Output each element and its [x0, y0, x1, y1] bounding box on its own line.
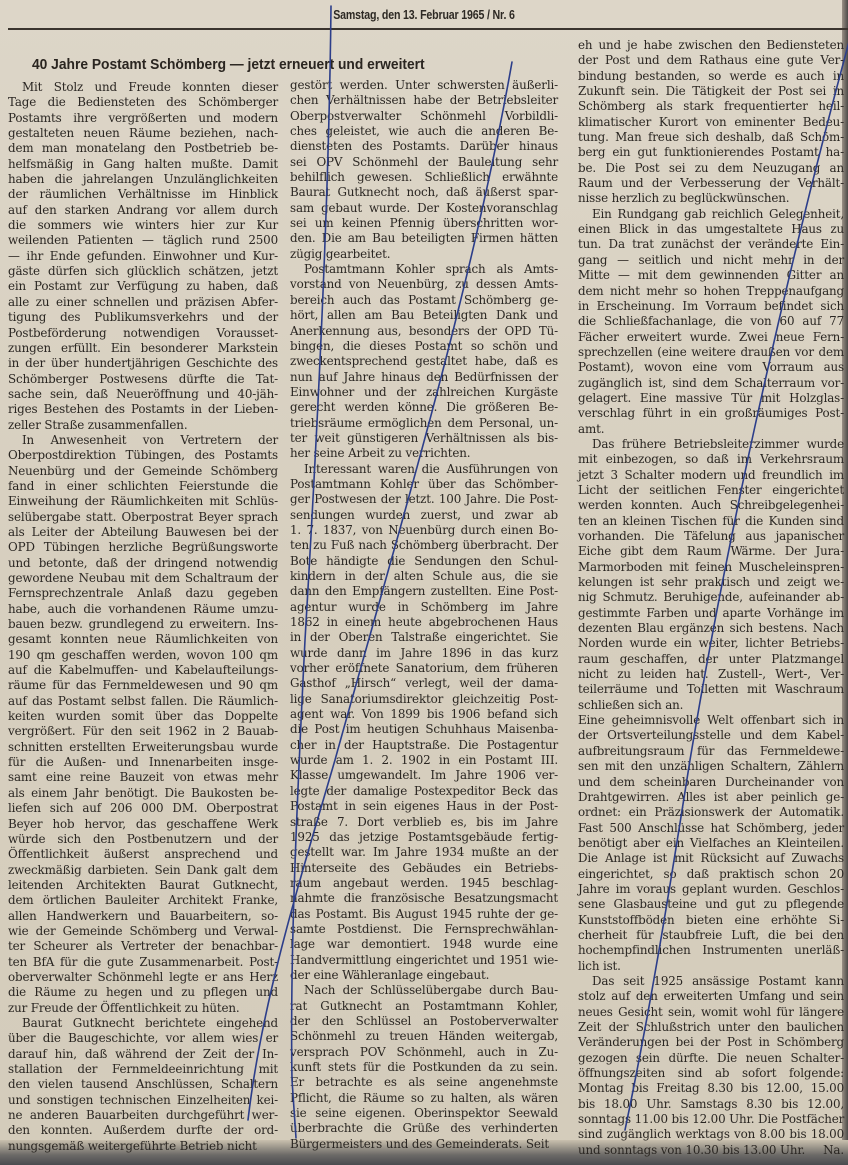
text-line: dem man monatelang den Postbetrieb be-	[8, 141, 278, 156]
text-line: auf den starken Andrang vor allem durch	[8, 203, 278, 218]
text-line: sache sein, daß Neueröffnung und 40-jäh-	[8, 387, 278, 402]
paragraph: Baurat Gutknecht berichtete eingehendübe…	[8, 1016, 278, 1154]
text-line: ne anderen Bauarbeiten durchgeführt wer-	[8, 1108, 278, 1123]
text-line: zeller Straße zusammenfallen.	[8, 418, 278, 433]
text-line: Neuenbürg und der Gemeinde Schömberg	[8, 464, 278, 479]
text-line: den. Die am Bau beteiligten Firmen hätte…	[290, 231, 558, 246]
text-line: neues Gesicht sein, womit wohl für länge…	[578, 1005, 844, 1020]
text-line: Interessant waren die Ausführungen von	[290, 462, 558, 477]
text-line: räume für das Fernmeldewesen und 90 qm	[8, 678, 278, 693]
text-line: in Erscheinung. Im Vorraum befindet sich	[578, 299, 844, 314]
text-line: dem örtlichen Bauleiter Architekt Franke…	[8, 893, 278, 908]
text-line: 1862 in einem heute abgebrochenen Haus	[290, 615, 558, 630]
text-line: hört, allen am Bau Beteiligten Dank und	[290, 308, 558, 323]
text-line: Hinterseite des Gebäudes ein Betriebs-	[290, 861, 558, 876]
text-line: zweckentsprechend gestaltet habe, daß es	[290, 354, 558, 369]
text-line: 1925 das jetzige Postamtsgebäude fertig-	[290, 830, 558, 845]
text-line: amt.	[578, 422, 844, 437]
dateline: Samstag, den 13. Februar 1965 / Nr. 6	[64, 8, 785, 22]
text-line: habe, auch die vorhandenen Räume umzu-	[8, 602, 278, 617]
text-line: be. Die Post sei zu dem Neuzugang an	[578, 161, 844, 176]
text-line: Jahre im voraus geplant wurden. Geschlos…	[578, 882, 844, 897]
text-line: allen Handwerkern und Bauarbeitern, so-	[8, 909, 278, 924]
text-line: leitenden Architekten Baurat Gutknecht,	[8, 878, 278, 893]
text-line: aufbreitungsraum für das Fernmeldewe-	[578, 744, 844, 759]
text-line: Norden wurde ein weiter, lichter Betrieb…	[578, 636, 844, 651]
text-line: cher in der Hauptstraße. Die Postagentur	[290, 738, 558, 753]
paragraph: gestört werden. Unter schwersten äußerli…	[290, 78, 558, 262]
text-line: Baurat Gutknecht berichtete eingehend	[8, 1016, 278, 1031]
text-line: jetzt 3 Schalter modern und freundlich i…	[578, 468, 844, 483]
author-signature: Na.	[823, 1143, 844, 1158]
text-line: vorstand von Neuenbürg, zu dessen Amts-	[290, 277, 558, 292]
text-line: schließen sich an.	[578, 698, 844, 713]
text-line: und sonstigen technischen Einzelheiten k…	[8, 1093, 278, 1108]
text-line: die Räume zu hegen und zu pflegen und	[8, 985, 278, 1000]
text-line: keiten wurden somit über das Doppelte	[8, 709, 278, 724]
text-line: benötigt aber ein Vielfaches an Kleintei…	[578, 836, 844, 851]
text-line: Oberpostverwalter Schönmehl Vorbildli-	[290, 109, 558, 124]
text-line: vergrößert. Für den seit 1962 in 2 Bauab…	[8, 724, 278, 739]
text-line: kindern in der alten Schule aus, die sie	[290, 569, 558, 584]
text-line: nahmte die französische Besatzungsmacht	[290, 891, 558, 906]
text-line: Montag bis Freitag 8.30 bis 12.00, 15.00	[578, 1081, 844, 1096]
text-line: Gasthof „Hirsch“ verlegt, weil der dama-	[290, 676, 558, 691]
text-line: wurde am 1. 2. 1902 in ein Postamt III.	[290, 753, 558, 768]
text-line: nisse herzlich zu beglückwünschen.	[578, 191, 844, 206]
text-line: ches geleistet, wie auch die anderen Be-	[290, 124, 558, 139]
text-line: Pflicht, die Räume so zu halten, als wär…	[290, 1091, 558, 1106]
text-line: bauen bezw. grundlegend zu erweitern. In…	[8, 617, 278, 632]
text-line: legte der damalige Postexpeditor Beck da…	[290, 784, 558, 799]
text-line: Er betrachte es als seine angenehmste	[290, 1075, 558, 1090]
text-line: her seine Arbeit zu verrichten.	[290, 446, 558, 461]
text-line: dem nicht mehr so hohen Treppenaufgang	[578, 284, 844, 299]
text-line: nungsgemäß weitergeführte Betrieb nicht	[8, 1139, 278, 1154]
text-line: gelagert. Eine massive Tür mit Holzglas-	[578, 391, 844, 406]
text-line: Bürgermeisters und des Gemeinderats. Sei…	[290, 1137, 558, 1152]
paragraph: Postamtmann Kohler sprach als Amts-vorst…	[290, 262, 558, 461]
text-line: liefen sich auf 206 000 DM. Oberpostrat	[8, 801, 278, 816]
text-line: sei um keinen Pfennig überschritten wor-	[290, 216, 558, 231]
header-rule	[8, 28, 848, 30]
text-line: zungen erfüllt. Ein besonderer Markstein	[8, 341, 278, 356]
paragraph: Mit Stolz und Freude konnten dieserTage …	[8, 80, 278, 433]
text-line: sie seine eigenen. Oberinspektor Seewald	[290, 1106, 558, 1121]
text-line: kunft stets für die Postkunden da zu sei…	[290, 1060, 558, 1075]
text-line: fand in einer schlichten Feierstunde die	[8, 479, 278, 494]
article-column-3: eh und je habe zwischen den Bediensteten…	[578, 38, 844, 1158]
text-line: Postbeförderung notwendigen Vorausset-	[8, 326, 278, 341]
text-line: Nach der Schlüsselübergabe durch Bau-	[290, 983, 558, 998]
text-line: das Postamt. Bis August 1945 ruhte der g…	[290, 907, 558, 922]
text-line: Licht der seitlichen Fenster eingerichte…	[578, 483, 844, 498]
text-line: zügig gearbeitet.	[290, 247, 558, 262]
text-line: als einem Jahr benötigt. Die Baukosten b…	[8, 786, 278, 801]
text-line: Schömberger Postwesens dürfte die Tat-	[8, 372, 278, 387]
text-line: Fächer erweitert wurde. Zwei neue Fern-	[578, 330, 844, 345]
text-line: stallation der Fernmeldeeinrichtung mit	[8, 1062, 278, 1077]
article-column-1: Mit Stolz und Freude konnten dieserTage …	[8, 80, 278, 1154]
text-line: Schömberg als stark frequentierter heil-	[578, 99, 844, 114]
text-line: vorhanden. Die Täfelung aus japanischer	[578, 529, 844, 544]
paragraph: Interessant waren die Ausführungen vonPo…	[290, 462, 558, 984]
text-line: ein Postamt zur Verfügung zu haben, daß	[8, 279, 278, 294]
text-line: hochempfindlichen Instrumenten unerläß-	[578, 943, 844, 958]
text-line: in der Oberen Talstraße eingerichtet. Si…	[290, 630, 558, 645]
text-line: gestalteten neuen Räume beziehen, nach-	[8, 126, 278, 141]
text-line: teilerräume und Toiletten mit Waschraum	[578, 682, 844, 697]
text-line: Postamt), wovon eine vom Vorraum aus	[578, 360, 844, 375]
text-line: alle zu einer schnellen und präzisen Abf…	[8, 295, 278, 310]
text-line: gang — seitlich und nicht mehr in der	[578, 253, 844, 268]
text-line: Eine geheimnisvolle Welt offenbart sich …	[578, 713, 844, 728]
text-line: gäste dürfen sich glücklich schätzen, je…	[8, 264, 278, 279]
text-line: gesamt konnten neue Räumlichkeiten von	[8, 632, 278, 647]
text-line: Fernsprechzentrale Anlaß dazu gegeben	[8, 586, 278, 601]
text-line: 190 qm geschaffen werden, wovon 100 qm	[8, 648, 278, 663]
text-line: Fast 500 Anschlüsse hat Schömberg, jeder	[578, 821, 844, 836]
text-line: klimatischer Kurort von eminenter Bedeu-	[578, 115, 844, 130]
text-line: der eine Wähleranlage eingebaut.	[290, 968, 558, 983]
text-line: 1. 7. 1837, von Neuenbürg durch einen Bo…	[290, 523, 558, 538]
text-line: versprach POV Schönmehl, auch in Zu-	[290, 1045, 558, 1060]
text-line: sene Glasbausteine und gut zu pflegende	[578, 897, 844, 912]
text-line: Bote händigte die Sendungen den Schul-	[290, 554, 558, 569]
text-line: ten zu Fuß nach Schömberg überbracht. De…	[290, 538, 558, 553]
text-line: eingerichtet, so daß praktisch schon 20	[578, 867, 844, 882]
text-line: lich ist.	[578, 959, 844, 974]
text-line: oberverwalter Schönmehl legte er ans Her…	[8, 970, 278, 985]
text-line: bereich auch das Postamt Schömberg ge-	[290, 293, 558, 308]
text-line: cherheit für staubfreie Luft, die bei de…	[578, 928, 844, 943]
text-line: sprechzellen (eine weitere draußen vor d…	[578, 345, 844, 360]
text-line: Beyer hob hervor, das geschaffene Werk	[8, 817, 278, 832]
article-headline: 40 Jahre Postamt Schömberg — jetzt erneu…	[32, 56, 510, 73]
text-line: ter weit günstigeren Verhältnissen als b…	[290, 431, 558, 446]
text-line: sonntags 11.00 bis 12.00 Uhr. Die Postfä…	[578, 1112, 844, 1127]
paragraph: Ein Rundgang gab reichlich Gelegenheit,e…	[578, 207, 844, 437]
text-line: ger Postwesen der letzt. 100 Jahre. Die …	[290, 492, 558, 507]
text-line: — ihr Ende gefunden. Einwohner und Kur-	[8, 249, 278, 264]
text-line: wie der Gemeinde Schömberg und Verwal-	[8, 924, 278, 939]
text-line: haben die jahrelangen Unzulänglichkeiten	[8, 172, 278, 187]
text-line: die Schließfachanlage, die von 60 auf 77	[578, 314, 844, 329]
text-line: mit einbezogen, so daß im Verkehrsraum	[578, 452, 844, 467]
text-line: Zeit der Schlußstrich unter den bauliche…	[578, 1020, 844, 1035]
text-line: tung. Man freue sich deshalb, daß Schöm-	[578, 130, 844, 145]
text-line: Mitte — mit dem gewinnenden Gitter an	[578, 268, 844, 283]
text-line: bindung bestanden, so werde es auch in	[578, 69, 844, 84]
text-line: den konnten. Außerdem durfte der ord-	[8, 1123, 278, 1138]
text-line: wurde dann im Jahre 1896 in das kurz	[290, 646, 558, 661]
text-line: ter Scheurer als Vertreter der benachbar…	[8, 939, 278, 954]
text-line: die sommers wie winters hier zur Kur	[8, 218, 278, 233]
text-line: straße 7. Dort verblieb es, bis im Jahre	[290, 815, 558, 830]
text-line: samte Postdienst. Die Fernsprechwählan-	[290, 922, 558, 937]
text-line: nig Schmutz. Beruhigende, aufeinander ab…	[578, 590, 844, 605]
text-line: der räumlichen Verhältnisse im Hinblick	[8, 187, 278, 202]
text-line: tun. Da trat zunächst der veränderte Ein…	[578, 237, 844, 252]
text-line: samt eine reine Bauzeit von etwas mehr	[8, 770, 278, 785]
text-line: würde sich den Postbenutzern und der	[8, 832, 278, 847]
text-line: den vielen tausend Anschlüssen, Schalter…	[8, 1077, 278, 1092]
paragraph: In Anwesenheit von Vertretern derOberpos…	[8, 433, 278, 1016]
text-line: OPD Tübingen herzliche Begrüßungsworte	[8, 540, 278, 555]
text-line: Eiche gibt dem Raum Wärme. Der Jura-	[578, 544, 844, 559]
text-line: dann den Empfängern zustellten. Eine Pos…	[290, 584, 558, 599]
text-line: darauf hin, daß während der Zeit der In-	[8, 1047, 278, 1062]
text-line: in der über hundertjährigen Geschichte d…	[8, 356, 278, 371]
text-line: agent war. Von 1899 bis 1906 befand sich	[290, 707, 558, 722]
text-line: verschlag führt in ein großräumiges Post…	[578, 406, 844, 421]
text-line: werden konnten. Auch Schreibgelegenhei-	[578, 498, 844, 513]
text-line: Marmorboden mit feinen Muscheleinspren-	[578, 560, 844, 575]
text-line: zugänglich ist, sind dem Schalterraum vo…	[578, 376, 844, 391]
text-line: gezogen sein dürfte. Die neuen Schalter-	[578, 1051, 844, 1066]
text-line: kelungen ist sehr praktisch und zeigt we…	[578, 575, 844, 590]
text-line: Die Anlage ist mit Rücksicht auf Zuwachs	[578, 851, 844, 866]
text-line: Baurat Gutknecht noch, daß äußerst spar-	[290, 185, 558, 200]
text-line: Klasse umgewandelt. Im Jahre 1906 ver-	[290, 768, 558, 783]
text-line: sendungen wurden zuerst, und zwar ab	[290, 508, 558, 523]
text-line: der Ortsverteilungsstelle und dem Kabel-	[578, 728, 844, 743]
paragraph: Das frühere Betriebsleiterzimmer wurdemi…	[578, 437, 844, 713]
text-line: und dem scheinbaren Durcheinander von	[578, 775, 844, 790]
text-line: Mit Stolz und Freude konnten dieser	[8, 80, 278, 95]
text-line: behilflich gewesen. Schließlich erwähnte	[290, 170, 558, 185]
text-line: für die Außen- und Innenarbeiten insge-	[8, 755, 278, 770]
text-line: gestört werden. Unter schwersten äußerli…	[290, 78, 558, 93]
text-line: auf das Postamt selbst fallen. Die Räuml…	[8, 694, 278, 709]
text-line: sen mit den unzähligen Schaltern, Zähler…	[578, 759, 844, 774]
text-line: überbrachte die Grüße des verhinderten	[290, 1121, 558, 1136]
text-line: Zukunft sein. Die Tätigkeit der Post sei…	[578, 84, 844, 99]
text-line: ten BfA für die gute Zusammenarbeit. Pos…	[8, 955, 278, 970]
text-line: nicht zu leiden hat. Zustell-, Wert-, Ve…	[578, 667, 844, 682]
text-line: sind zugänglich werktags von 8.00 bis 18…	[578, 1127, 844, 1142]
text-line: über die Baugeschichte, vor allem wies e…	[8, 1031, 278, 1046]
text-line: raum geschaffen, der unter Platzmangel	[578, 652, 844, 667]
text-line: dezenten Blau ergänzen sich bestens. Nac…	[578, 621, 844, 636]
text-line: Raum und der Verbesserung der Verhält-	[578, 176, 844, 191]
text-line: zur Freude der Öffentlichkeit zu hüten.	[8, 1001, 278, 1016]
text-line: Öffentlichkeit äußerst ansprechend und	[8, 847, 278, 862]
text-line: Einwohner und der zahlreichen Kurgäste	[290, 385, 558, 400]
text-line: weilenden Patienten — täglich rund 2500	[8, 233, 278, 248]
text-line: ordnet: ein Präzisionswerk der Automatik…	[578, 805, 844, 820]
text-line: bis 18.00 Uhr. Samstags 8.30 bis 12.00,	[578, 1097, 844, 1112]
text-line: schnitten erstellten Erweiterungsbau wur…	[8, 740, 278, 755]
text-line: sam gebaut wurde. Der Kostenvoranschlag	[290, 201, 558, 216]
text-line: bingen, die dieses Postamt so schön und	[290, 339, 558, 354]
text-line: Veränderungen bei der Post in Schömberg	[578, 1035, 844, 1050]
text-line: Einweihung der Räumlichkeiten mit Schlüs…	[8, 494, 278, 509]
text-line: riges Bestehen des Postamts in der Liebe…	[8, 402, 278, 417]
text-line: vorher eröffnete Sanatorium, dem frühere…	[290, 661, 558, 676]
text-line: Handvermittlung eingerichtet und 1951 wi…	[290, 953, 558, 968]
text-line: Anerkennung aus, besonders der OPD Tü-	[290, 324, 558, 339]
text-line: der Post und dem Rathaus eine gute Ver-	[578, 53, 844, 68]
article-column-2: gestört werden. Unter schwersten äußerli…	[290, 78, 558, 1152]
text-line: zweckmäßig darbieten. Sein Dank galt dem	[8, 863, 278, 878]
text-line: und betonte, daß der dringend notwendig	[8, 556, 278, 571]
text-line: Schönmehl zu treuen Händen weitergab,	[290, 1029, 558, 1044]
text-line: gewordene Neubau mit dem Schaltraum der	[8, 571, 278, 586]
text-line: Postamts ihre vergrößerten und modern	[8, 111, 278, 126]
text-line: einen Blick in das umgestaltete Haus zu	[578, 222, 844, 237]
text-line: Drahtgewirren. Alles ist aber peinlich g…	[578, 790, 844, 805]
text-line: als Leiter der Abteilung Bauwesen bei de…	[8, 525, 278, 540]
text-line: tigung des Publikumsverkehrs und der	[8, 310, 278, 325]
paragraph: Eine geheimnisvolle Welt offenbart sich …	[578, 713, 844, 974]
text-line: Oberpostdirektion Tübingen, des Postamts	[8, 448, 278, 463]
text-line: lige Sanatoriumsdirektor gleichzeitig Po…	[290, 692, 558, 707]
text-line: lage war demontiert. 1948 wurde eine	[290, 937, 558, 952]
text-line: eh und je habe zwischen den Bediensteten	[578, 38, 844, 53]
text-line: auf die Kabelmuffen- und Kabelaufteilung…	[8, 663, 278, 678]
paragraph: eh und je habe zwischen den Bediensteten…	[578, 38, 844, 207]
text-line: Das frühere Betriebsleiterzimmer wurde	[578, 437, 844, 452]
text-line: rat Gutknecht an Postamtmann Kohler,	[290, 999, 558, 1014]
text-line: In Anwesenheit von Vertretern der	[8, 433, 278, 448]
text-line: chen Verhältnissen habe der Betriebsleit…	[290, 93, 558, 108]
text-line: Ein Rundgang gab reichlich Gelegenheit,	[578, 207, 844, 222]
text-line: Kunststoffböden bieten eine erhöhte Si-	[578, 913, 844, 928]
text-line: die Post im heutigen Schuhhaus Maisenba-	[290, 722, 558, 737]
text-line: berg ein gut funktionierendes Postamt ha…	[578, 145, 844, 160]
text-line: diensteten des Postamts. Darüber hinaus	[290, 139, 558, 154]
text-line: gestimmte Farben und aparte Vorhänge im	[578, 606, 844, 621]
text-line: Postamt in sein eigenes Haus in der Post…	[290, 799, 558, 814]
text-line: gerecht werden könne. Die größeren Be-	[290, 400, 558, 415]
text-line: der den Schlüssel an Postoberverwalter	[290, 1014, 558, 1029]
text-line: sei OPV Schönmehl der Bauleitung sehr	[290, 155, 558, 170]
text-line: nun auf Jahre hinaus den Bedürfnissen de…	[290, 370, 558, 385]
text-line: ten an kleinen Tischen für die Kunden si…	[578, 514, 844, 529]
text-line: triebsräume ermöglichen dem Personal, un…	[290, 416, 558, 431]
text-line: agentur wurde in Schömberg im Jahre	[290, 600, 558, 615]
paragraph: Das seit 1925 ansässige Postamt kannstol…	[578, 974, 844, 1158]
text-line: helfsmäßig in Gang halten mußte. Damit	[8, 157, 278, 172]
text-line: Tage die Bediensteten des Schömberger	[8, 95, 278, 110]
text-line: öffnungszeiten sind ab sofort folgende:	[578, 1066, 844, 1081]
text-line: Postamtmann Kohler sprach als Amts-	[290, 262, 558, 277]
text-line: raum angebaut werden. 1945 beschlag-	[290, 876, 558, 891]
text-line: selübergabe statt. Oberpostrat Beyer spr…	[8, 510, 278, 525]
text-line: Das seit 1925 ansässige Postamt kann	[578, 974, 844, 989]
paragraph: Nach der Schlüsselübergabe durch Bau-rat…	[290, 983, 558, 1152]
text-line: Postamtmann Kohler über das Schömber-	[290, 477, 558, 492]
text-line: und sonntags von 10.30 bis 13.00 Uhr.Na.	[578, 1143, 844, 1158]
text-line: gestellt war. Im Jahre 1934 mußte an der	[290, 845, 558, 860]
text-line: stolz auf den erweiterten Umfang und sei…	[578, 989, 844, 1004]
